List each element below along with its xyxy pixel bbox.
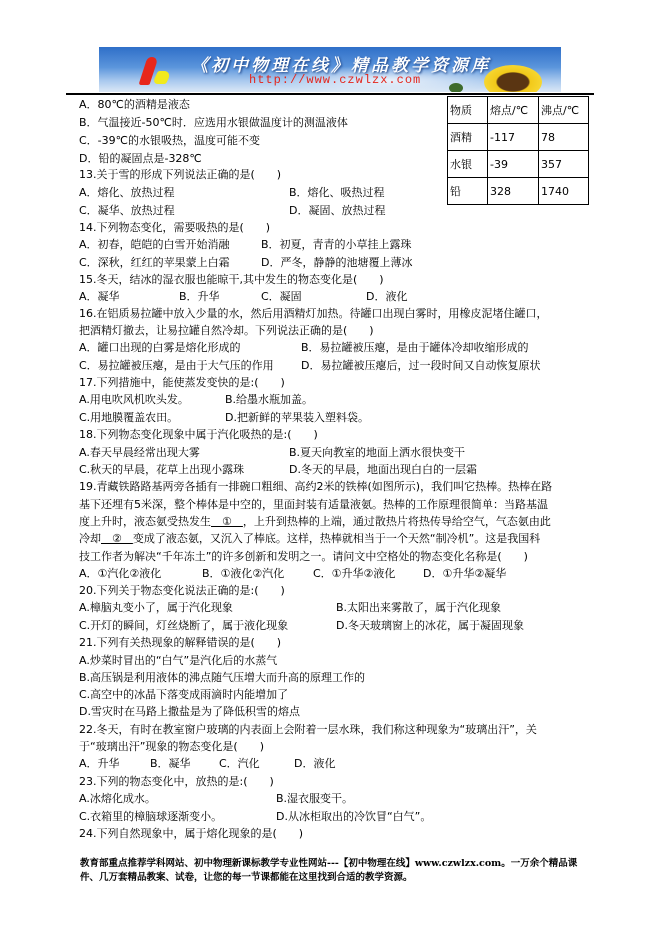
q17-option-c: C.用地膜覆盖农田。 bbox=[79, 411, 178, 424]
q20-option-d: D.冬天玻璃窗上的冰花，属于凝固现象 bbox=[336, 619, 524, 632]
q17-option-b: B.给墨水瓶加盖。 bbox=[225, 393, 313, 406]
q22-option-b: B．凝华 bbox=[150, 757, 191, 770]
q21-option-d: D.雪灾时在马路上撒盐是为了降低积雪的熔点 bbox=[79, 705, 300, 718]
q20-option-c: C.开灯的瞬间，灯丝烧断了，属于液化现象 bbox=[79, 619, 288, 632]
q15-option-b: B．升华 bbox=[179, 290, 220, 303]
q15-option-c: C．凝固 bbox=[261, 290, 302, 303]
table-header: 熔点/℃ bbox=[488, 97, 539, 124]
table-header-row: 物质 熔点/℃ 沸点/℃ bbox=[448, 97, 589, 124]
q19-option-d: D．①升华②凝华 bbox=[423, 567, 506, 580]
q23-option-a: A.冰熔化成水。 bbox=[79, 792, 156, 805]
q14-stem: 14.下列物态变化，需要吸热的是( ) bbox=[79, 221, 270, 234]
table-cell: 1740 bbox=[539, 178, 589, 205]
leaf-decoration bbox=[449, 83, 463, 92]
q23-option-c: C.衣箱里的樟脑球逐渐变小。 bbox=[79, 810, 222, 823]
q22-stem-line2: 于“玻璃出汗”现象的物态变化是( ) bbox=[79, 740, 264, 753]
q16-stem-line1: 16.在铝质易拉罐中放入少量的水，然后用酒精灯加热。待罐口出现白雾时，用橡皮泥堵… bbox=[79, 307, 548, 320]
table-header: 沸点/℃ bbox=[539, 97, 589, 124]
table-header: 物质 bbox=[448, 97, 488, 124]
q23-stem: 23.下列的物态变化中，放热的是:( ) bbox=[79, 775, 274, 788]
q18-option-d: D.冬天的早晨，地面出现白白的一层霜 bbox=[289, 463, 477, 476]
q19-blank-2: ② bbox=[101, 532, 133, 545]
footer-line2: 件、几万套精品教案、试卷，让您的每一节课都能在这里找到合适的教学资源。 bbox=[80, 871, 590, 885]
q20-stem: 20.下列关于物态变化说法正确的是:( ) bbox=[79, 584, 285, 597]
table-cell: 铅 bbox=[448, 178, 488, 205]
table-row: 铅 328 1740 bbox=[448, 178, 589, 205]
q16-stem-line2: 把酒精灯撤去，让易拉罐自然冷却。下列说法正确的是( ) bbox=[79, 324, 374, 337]
logo-icon-accent bbox=[152, 71, 172, 84]
q21-option-b: B.高压锅是利用液体的沸点随气压增大而升高的原理工作的 bbox=[79, 671, 365, 684]
q17-stem: 17.下列措施中，能使蒸发变快的是:( ) bbox=[79, 376, 285, 389]
table-row: 水银 -39 357 bbox=[448, 151, 589, 178]
table-cell: 78 bbox=[539, 124, 589, 151]
q14-option-b: B．初夏，青青的小草挂上露珠 bbox=[261, 238, 412, 251]
sunflower-icon bbox=[484, 65, 542, 92]
q22-option-a: A．升华 bbox=[79, 757, 120, 770]
q20-option-a: A.樟脑丸变小了，属于汽化现象 bbox=[79, 601, 233, 614]
q16-option-a: A．罐口出现的白雾是熔化形成的 bbox=[79, 341, 241, 354]
q17-option-a: A.用电吹风机吹头发。 bbox=[79, 393, 189, 406]
q12-option-c: C．-39℃的水银吸热，温度可能不变 bbox=[79, 134, 260, 147]
q12-option-b: B．气温接近-50℃时．应选用水银做温度计的测温液体 bbox=[79, 116, 348, 129]
q20-option-b: B.太阳出来雾散了，属于汽化现象 bbox=[336, 601, 501, 614]
q22-option-c: C．汽化 bbox=[219, 757, 260, 770]
q19-line5: 技工作者为解决“千年冻土”的许多创新和发明之一。请问文中空格处的物态变化名称是(… bbox=[79, 550, 528, 563]
footer-line1: 教育部重点推荐学科网站、初中物理新课标教学专业性网站---【初中物理在线】www… bbox=[80, 857, 590, 871]
q24-stem: 24.下列自然现象中，属于熔化现象的是( ) bbox=[79, 827, 303, 840]
q12-option-d: D．铅的凝固点是-328℃ bbox=[79, 152, 202, 165]
banner-url: http://www.czwlzx.com bbox=[249, 73, 421, 87]
q17-option-d: D.把新鲜的苹果装入塑料袋。 bbox=[225, 411, 369, 424]
q18-option-c: C.秋天的早晨，花草上出现小露珠 bbox=[79, 463, 244, 476]
q19-text: ，上升到热棒的上端，通过散热片将热传导给空气，气态氨由此 bbox=[243, 515, 551, 528]
q19-text: 冷却 bbox=[79, 532, 101, 545]
q15-stem: 15.冬天，结冰的湿衣服也能晾干,其中发生的物态变化是( ) bbox=[79, 273, 384, 286]
site-banner: 《初中物理在线》精品教学资源库 http://www.czwlzx.com bbox=[99, 47, 561, 92]
q15-option-a: A．凝华 bbox=[79, 290, 120, 303]
q19-blank-1: ① bbox=[211, 515, 243, 528]
q21-option-c: C.高空中的冰晶下落变成雨滴时内能增加了 bbox=[79, 688, 288, 701]
q13-option-d: D．凝固、放热过程 bbox=[289, 204, 385, 217]
q19-option-a: A．①汽化②液化 bbox=[79, 567, 161, 580]
q22-option-d: D．液化 bbox=[294, 757, 335, 770]
q16-option-b: B．易拉罐被压瘪，是由于罐体冷却收缩形成的 bbox=[301, 341, 529, 354]
table-cell: 酒精 bbox=[448, 124, 488, 151]
q14-option-d: D．严冬，静静的池塘覆上薄冰 bbox=[261, 256, 412, 269]
q18-stem: 18.下列物态变化现象中属于汽化吸热的是:( ) bbox=[79, 428, 318, 441]
q23-option-b: B.湿衣服变干。 bbox=[276, 792, 353, 805]
melting-boiling-point-table: 物质 熔点/℃ 沸点/℃ 酒精 -117 78 水银 -39 357 铅 328… bbox=[447, 96, 589, 205]
table-row: 酒精 -117 78 bbox=[448, 124, 589, 151]
q21-option-a: A.炒菜时冒出的“白气”是汽化后的水蒸气 bbox=[79, 654, 277, 667]
footer-note: 教育部重点推荐学科网站、初中物理新课标教学专业性网站---【初中物理在线】www… bbox=[80, 857, 590, 885]
table-cell: -39 bbox=[488, 151, 539, 178]
q23-option-d: D.从冰柜取出的冷饮冒“白气”。 bbox=[276, 810, 431, 823]
header-divider bbox=[66, 93, 594, 95]
q16-option-c: C．易拉罐被压瘪，是由于大气压的作用 bbox=[79, 359, 274, 372]
q19-line2: 基下还埋有5米深，整个棒体是中空的，里面封装有适量液氨。热棒的工作原理很简单：当… bbox=[79, 498, 548, 511]
table-cell: -117 bbox=[488, 124, 539, 151]
q14-option-a: A．初春，皑皑的白雪开始消融 bbox=[79, 238, 230, 251]
q19-text: 变成了液态氨，又沉入了棒底。这样，热棒就相当于一个天然“制冷机”。这是我国科 bbox=[133, 532, 540, 545]
q19-option-b: B．①液化②汽化 bbox=[202, 567, 284, 580]
q12-option-a: A．80℃的酒精是液态 bbox=[79, 98, 190, 111]
q13-option-c: C．凝华、放热过程 bbox=[79, 204, 175, 217]
q13-option-a: A．熔化、放热过程 bbox=[79, 186, 175, 199]
q19-line3: 度上升时，液态氨受热发生 ① ，上升到热棒的上端，通过散热片将热传导给空气，气态… bbox=[79, 515, 551, 528]
q21-stem: 21.下列有关热现象的解释错误的是( ) bbox=[79, 636, 281, 649]
table-cell: 328 bbox=[488, 178, 539, 205]
q16-option-d: D．易拉罐被压瘪后，过一段时间又自动恢复原状 bbox=[301, 359, 540, 372]
q19-line4: 冷却 ② 变成了液态氨，又沉入了棒底。这样，热棒就相当于一个天然“制冷机”。这是… bbox=[79, 532, 540, 545]
q19-text: 度上升时，液态氨受热发生 bbox=[79, 515, 211, 528]
q15-option-d: D．液化 bbox=[366, 290, 407, 303]
q18-option-b: B.夏天向教室的地面上洒水很快变干 bbox=[289, 446, 465, 459]
q19-option-c: C．①升华②液化 bbox=[313, 567, 395, 580]
q13-option-b: B．熔化、吸热过程 bbox=[289, 186, 385, 199]
table-cell: 357 bbox=[539, 151, 589, 178]
q22-stem-line1: 22.冬天，有时在教室窗户玻璃的内表面上会附着一层水珠，我们称这种现象为“玻璃出… bbox=[79, 723, 537, 736]
table-cell: 水银 bbox=[448, 151, 488, 178]
q19-line1: 19.青藏铁路路基两旁各插有一排碗口粗细、高约2米的铁棒(如图所示)，我们叫它热… bbox=[79, 480, 552, 493]
q18-option-a: A.春天早晨经常出现大雾 bbox=[79, 446, 200, 459]
q14-option-c: C．深秋，红红的苹果蒙上白霜 bbox=[79, 256, 230, 269]
q13-stem: 13.关于雪的形成下列说法正确的是( ) bbox=[79, 168, 281, 181]
